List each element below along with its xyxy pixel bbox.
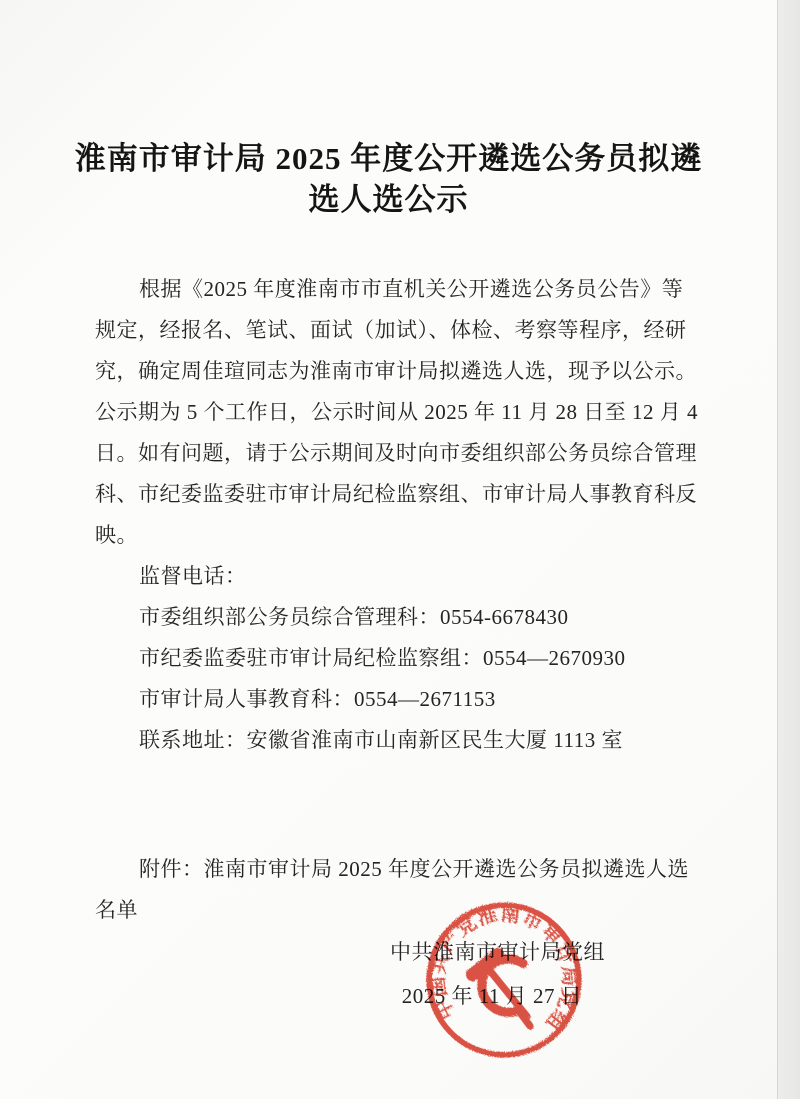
scan-background — [778, 0, 800, 1099]
body-line: 规定，经报名、笔试、面试（加试）、体检、考察等程序，经研 — [95, 310, 709, 351]
body-line: 日。如有问题，请于公示期间及时向市委组织部公务员综合管理 — [95, 433, 709, 474]
attachment-line: 名单 — [95, 890, 709, 931]
body-line: 根据《2025 年度淮南市市直机关公开遴选公务员公告》等 — [95, 269, 709, 310]
body-line: 映。 — [95, 515, 709, 556]
signature-org: 中共淮南市审计局党组 — [390, 930, 594, 974]
signature-block: 中共淮南市审计局党组 2025 年 11 月 27 日 — [390, 930, 594, 1018]
contact-line-phone: 市审计局人事教育科：0554—2671153 — [95, 679, 709, 720]
document-body: 根据《2025 年度淮南市市直机关公开遴选公务员公告》等 规定，经报名、笔试、面… — [95, 269, 709, 761]
body-line: 公示期为 5 个工作日，公示时间从 2025 年 11 月 28 日至 12 月… — [95, 392, 709, 433]
scanned-document-page: { "page": { "paper_color": "#fbfbf9", "s… — [0, 0, 800, 1099]
contact-heading: 监督电话： — [95, 556, 709, 597]
contact-line-phone: 市委组织部公务员综合管理科：0554-6678430 — [95, 597, 709, 638]
signature-date: 2025 年 11 月 27 日 — [390, 974, 594, 1018]
title-line: 淮南市审计局 2025 年度公开遴选公务员拟遴 — [0, 138, 777, 179]
attachment-line: 附件：淮南市审计局 2025 年度公开遴选公务员拟遴选人选 — [95, 849, 709, 890]
contact-line-phone: 市纪委监委驻市审计局纪检监察组：0554—2670930 — [95, 638, 709, 679]
title-line: 选人选公示 — [0, 179, 777, 220]
document-paper: 淮南市审计局 2025 年度公开遴选公务员拟遴 选人选公示 根据《2025 年度… — [0, 0, 778, 1099]
attachment-note: 附件：淮南市审计局 2025 年度公开遴选公务员拟遴选人选 名单 — [95, 849, 709, 931]
contact-line-address: 联系地址：安徽省淮南市山南新区民生大厦 1113 室 — [95, 720, 709, 761]
body-line: 究，确定周佳瑄同志为淮南市审计局拟遴选人选，现予以公示。 — [95, 351, 709, 392]
body-line: 科、市纪委监委驻市审计局纪检监察组、市审计局人事教育科反 — [95, 474, 709, 515]
document-title: 淮南市审计局 2025 年度公开遴选公务员拟遴 选人选公示 — [0, 138, 777, 220]
